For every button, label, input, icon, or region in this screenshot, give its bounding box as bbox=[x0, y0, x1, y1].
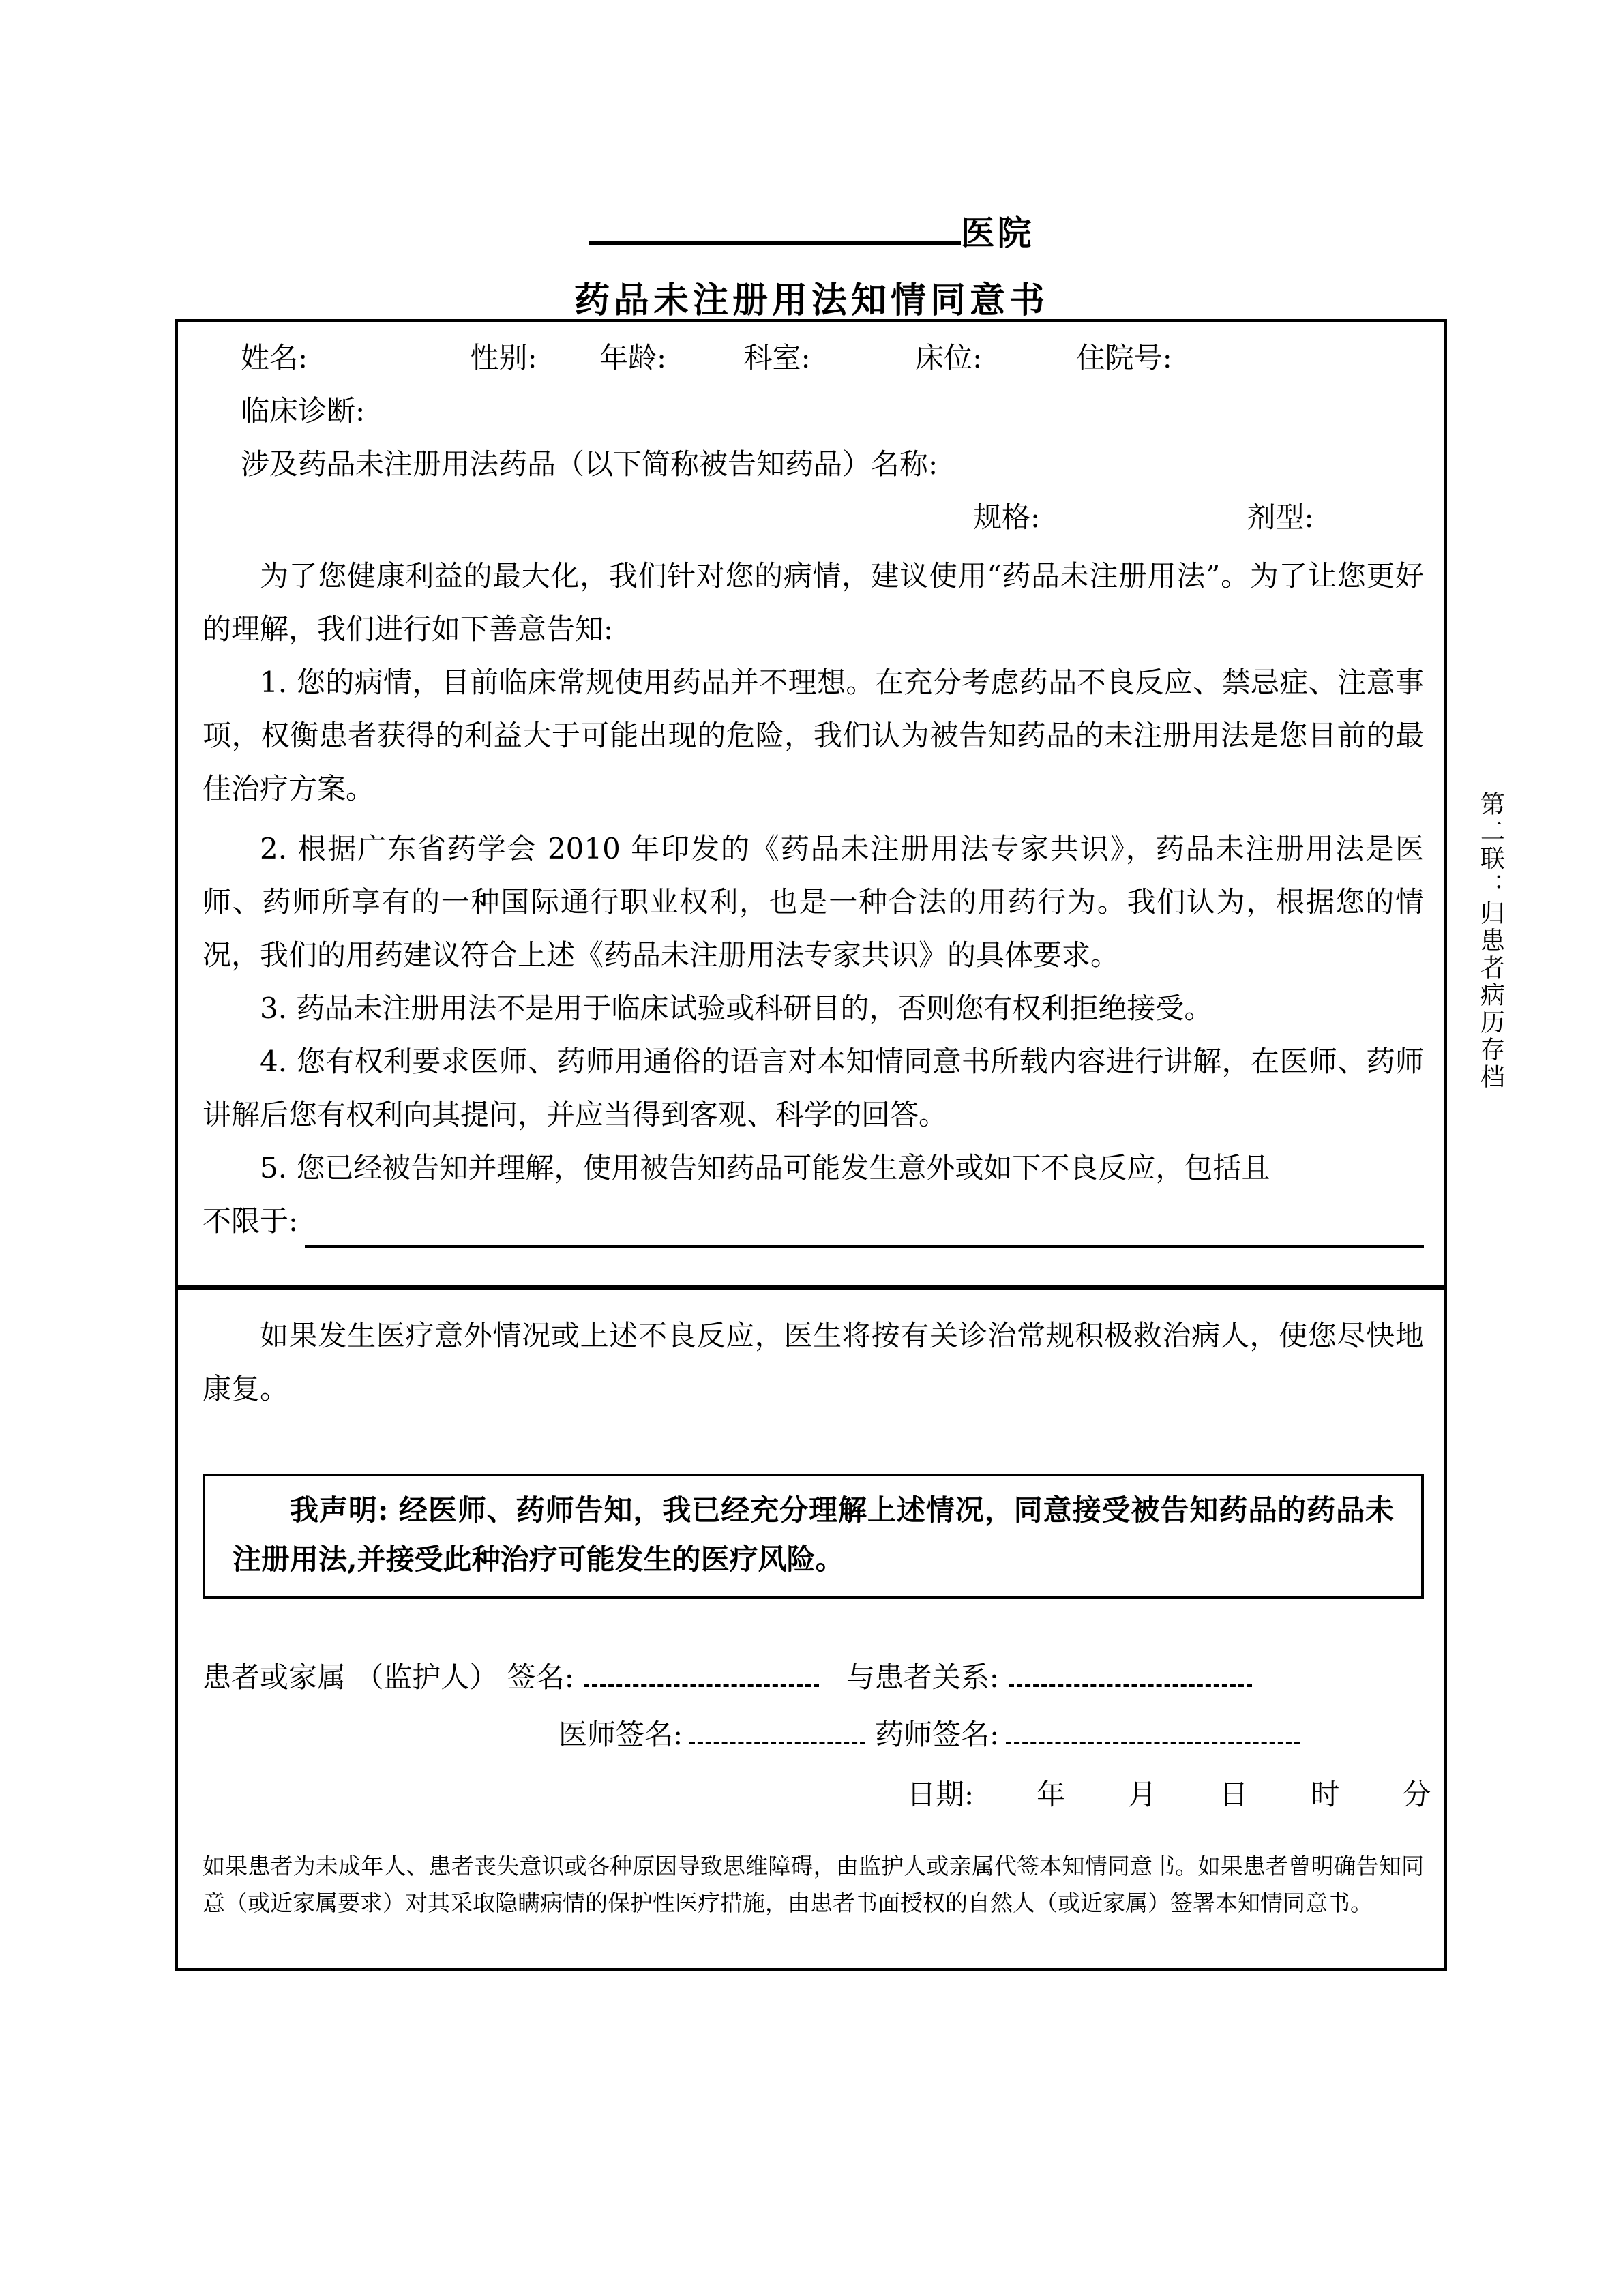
spec-row: 规格: 剂型: bbox=[203, 491, 1424, 544]
date-unit-month: 月 bbox=[1128, 1774, 1157, 1815]
admission-number-label: 住院号: bbox=[1077, 331, 1172, 385]
pharmacist-signature-line bbox=[1006, 1714, 1300, 1744]
bed-label: 床位: bbox=[915, 331, 982, 385]
hospital-label: 医院 bbox=[961, 213, 1034, 253]
diagnosis-label: 临床诊断: bbox=[241, 385, 1424, 438]
declaration-text: 我声明: 经医师、药师告知，我已经充分理解上述情况，同意接受被告知药品的药品未注… bbox=[233, 1493, 1394, 1576]
not-limited-to-label: 不限于: bbox=[203, 1195, 298, 1248]
gender-label: 性别: bbox=[471, 331, 537, 385]
copy-destination-note: 第二联：归患者病历存档 bbox=[1476, 791, 1504, 1091]
item-4: 4. 您有权利要求医师、药师用通俗的语言对本知情同意书所载内容进行讲解，在医师、… bbox=[203, 1035, 1424, 1142]
doctor-sign-label: 医师签名: bbox=[559, 1718, 683, 1751]
patient-info-row: 姓名: 性别: 年龄: 科室: 床位: 住院号: bbox=[203, 331, 1424, 385]
dosage-form-label: 剂型: bbox=[1247, 501, 1314, 534]
relation-line bbox=[1009, 1657, 1252, 1687]
item-2: 2. 根据广东省药学会 2010 年印发的《药品未注册用法专家共识》，药品未注册… bbox=[203, 822, 1424, 982]
drug-name-label: 涉及药品未注册用法药品（以下简称被告知药品）名称: bbox=[241, 438, 1424, 491]
doctor-signature-line bbox=[689, 1714, 865, 1744]
item-3: 3. 药品未注册用法不是用于临床试验或科研目的，否则您有权利拒绝接受。 bbox=[203, 982, 1424, 1035]
age-label: 年龄: bbox=[599, 331, 666, 385]
declaration-box: 我声明: 经医师、药师告知，我已经充分理解上述情况，同意接受被告知药品的药品未注… bbox=[203, 1474, 1424, 1599]
patient-sign-label: 患者或家属 （监护人） 签名: bbox=[203, 1660, 574, 1694]
item-1: 1. 您的病情，目前临床常规使用药品并不理想。在充分考虑药品不良反应、禁忌症、注… bbox=[203, 656, 1424, 816]
adverse-reaction-blank-line bbox=[305, 1207, 1424, 1248]
signature-row-patient: 患者或家属 （监护人） 签名:与患者关系: bbox=[203, 1657, 1424, 1698]
form-body-box: 姓名: 性别: 年龄: 科室: 床位: 住院号: 临床诊断: 涉及药品未注册用法… bbox=[175, 319, 1447, 1971]
date-label: 日期: bbox=[907, 1778, 974, 1811]
footnote-text: 如果患者为未成年人、患者丧失意识或各种原因导致思维障碍，由监护人或亲属代签本知情… bbox=[203, 1848, 1424, 1922]
signature-row-staff: 医师签名:药师签名: bbox=[559, 1714, 1424, 1755]
spec-label: 规格: bbox=[973, 501, 1040, 534]
department-label: 科室: bbox=[744, 331, 811, 385]
hospital-header: 医院 bbox=[0, 206, 1623, 255]
date-row: 日期:年月日时分 bbox=[907, 1774, 1424, 1815]
name-label: 姓名: bbox=[241, 331, 308, 385]
date-unit-day: 日 bbox=[1219, 1774, 1248, 1815]
hospital-name-blank-line bbox=[589, 213, 961, 245]
relation-label: 与患者关系: bbox=[846, 1660, 999, 1694]
intro-paragraph: 为了您健康利益的最大化，我们针对您的病情，建议使用“药品未注册用法”。为了让您更… bbox=[203, 550, 1424, 656]
adverse-reaction-blank-row: 不限于: bbox=[203, 1195, 1424, 1248]
page-title: 药品未注册用法知情同意书 bbox=[0, 271, 1623, 323]
rescue-paragraph: 如果发生医疗意外情况或上述不良反应，医生将按有关诊治常规积极救治病人，使您尽快地… bbox=[203, 1309, 1424, 1416]
patient-signature-line bbox=[584, 1657, 819, 1687]
date-unit-hour: 时 bbox=[1311, 1774, 1339, 1815]
pharmacist-sign-label: 药师签名: bbox=[875, 1718, 999, 1751]
consent-form-page: 医院 药品未注册用法知情同意书 姓名: 性别: 年龄: 科室: 床位: 住院号:… bbox=[0, 0, 1623, 2296]
item-5: 5. 您已经被告知并理解，使用被告知药品可能发生意外或如下不良反应，包括且 bbox=[203, 1142, 1424, 1195]
date-unit-year: 年 bbox=[1037, 1774, 1065, 1815]
date-unit-minute: 分 bbox=[1402, 1774, 1431, 1815]
adverse-reaction-continuation-line bbox=[178, 1285, 1444, 1290]
